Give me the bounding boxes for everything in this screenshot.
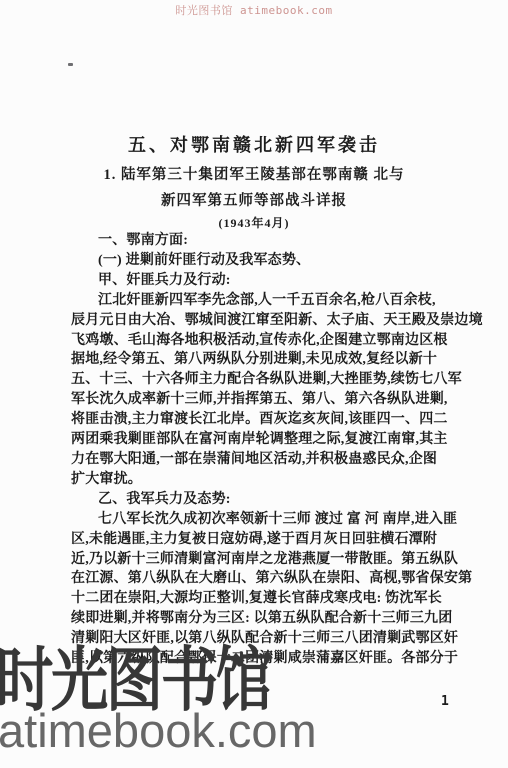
body-text-line: 飞鸡墩、毛山海各地积极活动,宣传赤化,企图建立鄂南边区根 [71, 331, 471, 351]
body-text: 一、鄂南方面: (一) 进剿前奸匪行动及我军态势、 甲、奸匪兵力及行动: 江北奸… [71, 231, 471, 669]
body-text-line: 扩大窜扰。 [71, 470, 471, 490]
scanned-book-page: { "watermark_top": { "text": "时光图书馆 atim… [0, 0, 508, 768]
body-text-line: 十二团在崇阳,大源均正整训,复遵长官薛戌寒戌电: 饬沈军长 [71, 589, 471, 609]
report-title-line1: 1. 陆军第三十集团军王陵基部在鄂南赣 北与 [0, 163, 508, 184]
body-text-line: 五、十三、十六各师主力配合各纵队进剿,大挫匪势,续饬七八军 [71, 370, 471, 390]
scan-speck [68, 63, 73, 66]
report-title-line2: 新四军第五师等部战斗详报 [0, 189, 508, 210]
body-text-line: 七八军长沈久成初次率领新十三师 渡过 富 河 南岸,进入匪 [71, 510, 471, 530]
body-text-line: 军长沈久成率新十三师,并指挥第五、第八、第六各纵队进剿, [71, 390, 471, 410]
top-watermark: 时光图书馆 atimebook.com [0, 2, 508, 18]
bottom-watermark-url: atimebook.com [0, 707, 317, 754]
body-text-line: 一、鄂南方面: [71, 231, 471, 251]
body-text-line: 近,乃以新十三师清剿富河南岸之龙港燕厦一带散匪。第五纵队 [71, 550, 471, 570]
body-text-line: 在江源、第八纵队在大磨山、第六纵队在崇阳、高枧,鄂省保安第 [71, 569, 471, 589]
body-text-line: 乙、我军兵力及态势: [71, 490, 471, 510]
body-text-line: (一) 进剿前奸匪行动及我军态势、 [71, 251, 471, 271]
body-text-line: 辰月元日由大冶、鄂城间渡江窜至阳新、太子庙、天王殿及崇边境 [71, 311, 471, 331]
body-text-line: 两团乘我剿匪部队在富河南岸轮调整理之际,复渡江南窜,其主 [71, 430, 471, 450]
body-text-line: 甲、奸匪兵力及行动: [71, 271, 471, 291]
body-text-line: 力在鄂大阳通,一部在崇蒲间地区活动,并积极蛊惑民众,企图 [71, 450, 471, 470]
section-title: 五、对鄂南赣北新四军袭击 [0, 131, 508, 157]
page-number: 1 [441, 694, 449, 709]
body-text-line: 据地,经令第五、第八两纵队分别进剿,未见成效,复经以新十 [71, 350, 471, 370]
report-date: (1943年4月) [0, 214, 508, 231]
body-text-line: 区,未能遇匪,主力复被日寇妨碍,遂于酉月灰日回驻横石潭附 [71, 530, 471, 550]
body-text-line: 续即进剿,并将鄂南分为三区: 以第五纵队配合新十三师三九团 [71, 609, 471, 629]
body-text-line: 江北奸匪新四军李先念部,人一千五百余名,枪八百余枝, [71, 291, 471, 311]
body-text-line: 将匪击溃,主力窜渡长江北岸。酉灰迄亥灰间,该匪四一、四二 [71, 410, 471, 430]
